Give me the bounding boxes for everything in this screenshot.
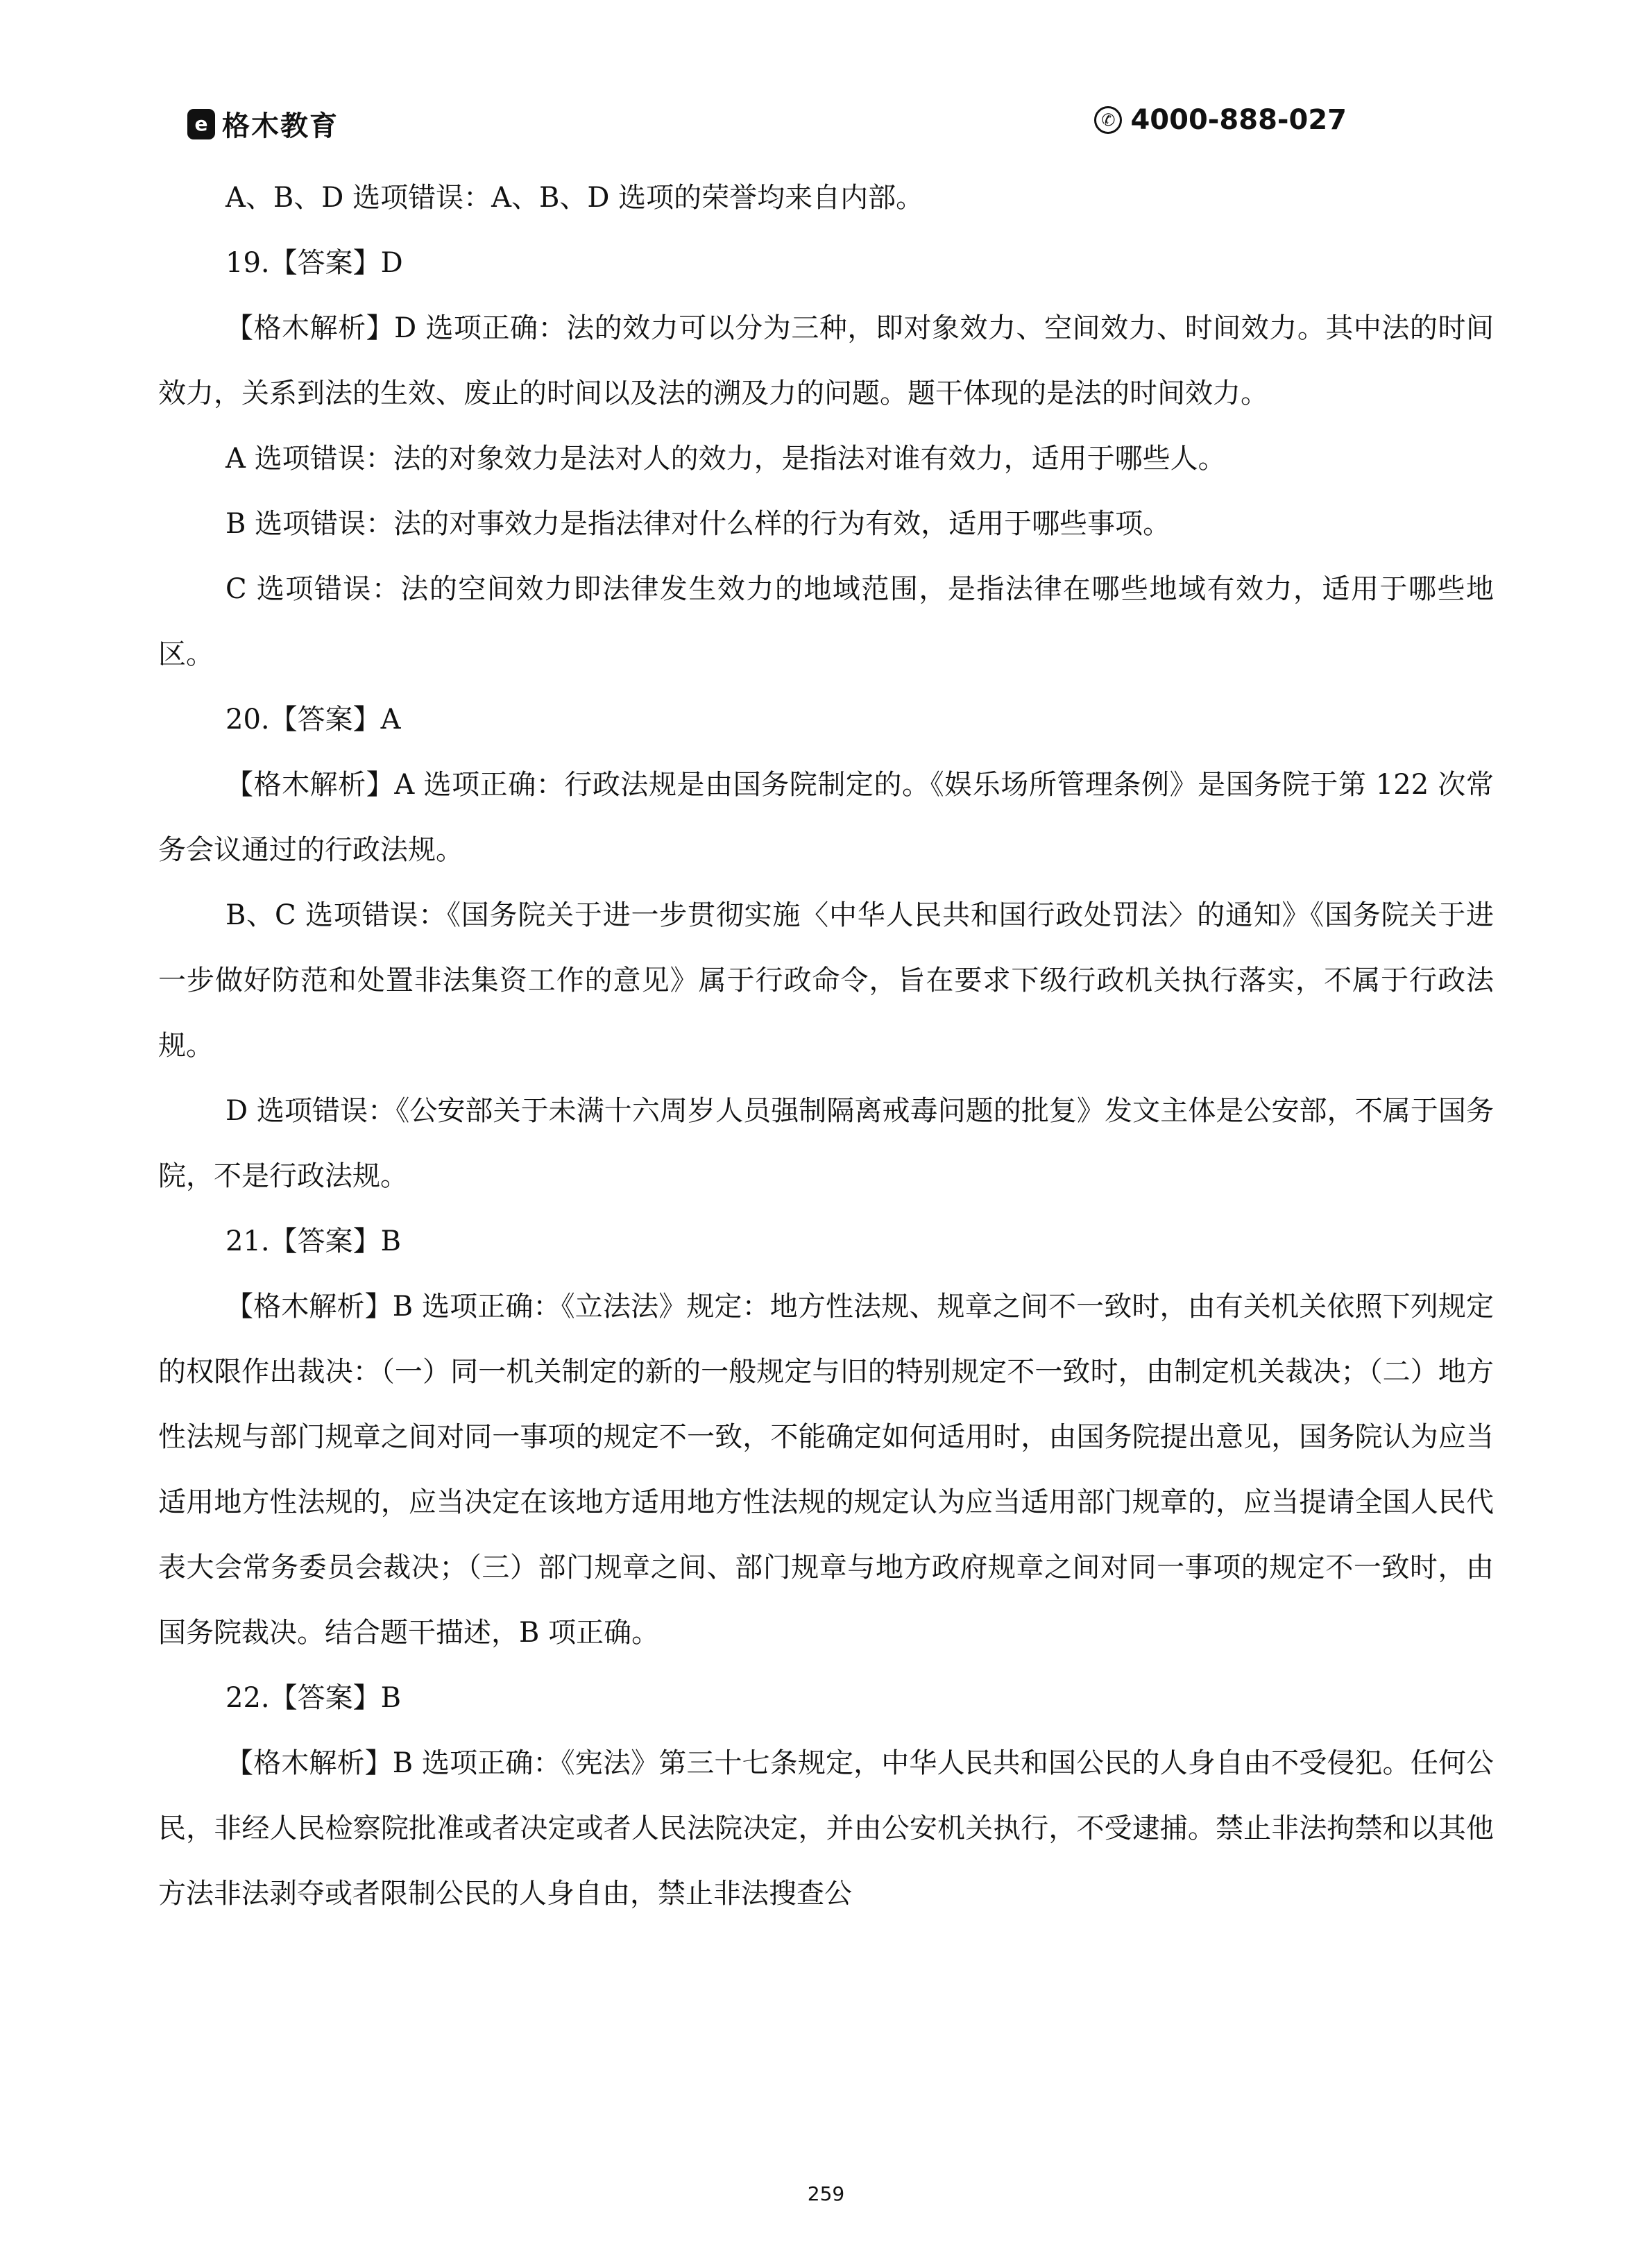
paragraph: D 选项错误：《公安部关于未满十六周岁人员强制隔离戒毒问题的批复》发文主体是公安… [158, 1078, 1494, 1209]
analysis-22: 【格木解析】B 选项正确：《宪法》第三十七条规定，中华人民共和国公民的人身自由不… [158, 1731, 1494, 1926]
analysis-20: 【格木解析】A 选项正确：行政法规是由国务院制定的。《娱乐场所管理条例》是国务院… [158, 752, 1494, 883]
paragraph: C 选项错误：法的空间效力即法律发生效力的地域范围，是指法律在哪些地域有效力，适… [158, 557, 1494, 687]
paragraph: A 选项错误：法的对象效力是法对人的效力，是指法对谁有效力，适用于哪些人。 [158, 426, 1494, 491]
answer-19: 19.【答案】D [158, 230, 1494, 296]
hotline: ✆ 4000-888-027 [1094, 104, 1347, 136]
brand-name: 格木教育 [222, 104, 339, 144]
paragraph: B 选项错误：法的对事效力是指法律对什么样的行为有效，适用于哪些事项。 [158, 491, 1494, 557]
phone-icon: ✆ [1094, 106, 1122, 134]
paragraph: A、B、D 选项错误：A、B、D 选项的荣誉均来自内部。 [158, 165, 1494, 230]
paragraph: B、C 选项错误：《国务院关于进一步贯彻实施〈中华人民共和国行政处罚法〉的通知》… [158, 883, 1494, 1078]
e-logo-icon: e [187, 109, 215, 139]
answer-22: 22.【答案】B [158, 1665, 1494, 1731]
document-body: A、B、D 选项错误：A、B、D 选项的荣誉均来自内部。 19.【答案】D 【格… [158, 165, 1494, 1926]
page-number: 259 [0, 2182, 1652, 2205]
answer-20: 20.【答案】A [158, 687, 1494, 752]
phone-number: 4000-888-027 [1130, 104, 1347, 136]
brand-logo: e 格木教育 [187, 104, 339, 144]
page-header: e 格木教育 ✆ 4000-888-027 [187, 104, 1465, 160]
analysis-21: 【格木解析】B 选项正确：《立法法》规定：地方性法规、规章之间不一致时，由有关机… [158, 1274, 1494, 1665]
answer-21: 21.【答案】B [158, 1209, 1494, 1274]
analysis-19: 【格木解析】D 选项正确：法的效力可以分为三种，即对象效力、空间效力、时间效力。… [158, 296, 1494, 426]
